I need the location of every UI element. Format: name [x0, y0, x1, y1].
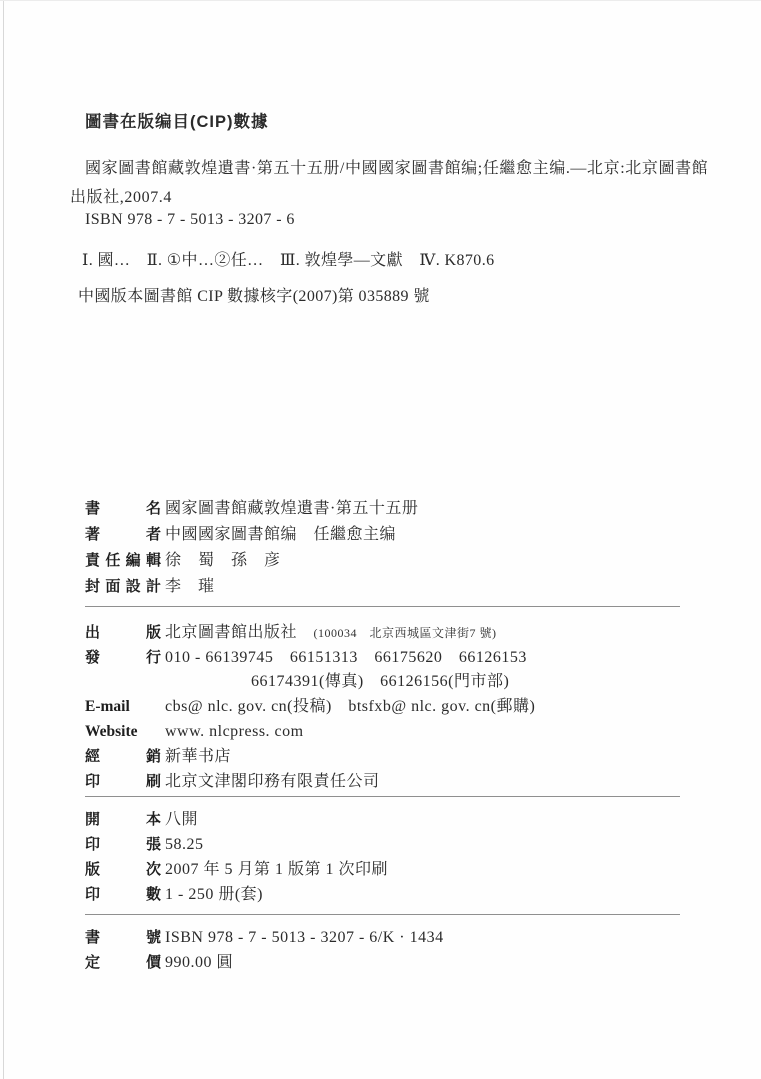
row-value: 1 - 250 册(套): [165, 882, 263, 907]
row-value: 58.25: [165, 832, 204, 857]
row-label: 書名: [85, 496, 161, 522]
row-value: ISBN 978 - 7 - 5013 - 3207 - 6/K · 1434: [165, 925, 444, 950]
row-label: 定價: [85, 950, 161, 975]
row-value: 李 璀: [165, 574, 215, 600]
row-label: 責任編輯: [85, 548, 161, 574]
row-value: 2007 年 5 月第 1 版第 1 次印刷: [165, 857, 388, 882]
cip-header: 圖書在版编目(CIP)數據: [85, 108, 269, 132]
row-label: 書號: [85, 925, 161, 950]
row-label: Website: [85, 719, 161, 744]
email-value: cbs@ nlc. gov. cn(投稿) btsfxb@ nlc. gov. …: [165, 694, 535, 719]
cip-entry-line1: 國家圖書館藏敦煌遺書·第五十五册/中國國家圖書館编;任繼愈主编.—北京:北京圖書…: [85, 155, 708, 178]
row-label: 印刷: [85, 769, 161, 794]
isbn-line: ISBN 978 - 7 - 5013 - 3207 - 6: [85, 211, 295, 229]
distribution-phones-1: 010 - 66139745 66151313 66175620 6612615…: [165, 645, 527, 670]
row-value: 徐 蜀 孫 彦: [165, 548, 281, 574]
scanned-colophon-page: 圖書在版编目(CIP)數據 國家圖書館藏敦煌遺書·第五十五册/中國國家圖書館编;…: [0, 0, 761, 1079]
printer-row: 印刷 北京文津閣印務有限責任公司: [85, 769, 535, 794]
publisher-name-text: 北京圖書館出版社: [165, 624, 297, 641]
row-value: 八開: [165, 807, 198, 832]
printing-block: 開本 八開 印張 58.25 版次 2007 年 5 月第 1 版第 1 次印刷…: [85, 807, 388, 907]
website-value: www. nlcpress. com: [165, 719, 304, 744]
divider: [85, 914, 680, 915]
book-number-row: 書號 ISBN 978 - 7 - 5013 - 3207 - 6/K · 14…: [85, 925, 444, 950]
row-label: 開本: [85, 807, 161, 832]
edition-row: 版次 2007 年 5 月第 1 版第 1 次印刷: [85, 857, 388, 882]
row-label: 著者: [85, 522, 161, 548]
format-row: 開本 八開: [85, 807, 388, 832]
cover-design-row: 封面設計 李 璀: [85, 574, 418, 600]
publisher-address: (100034 北京西城區文津街7 號): [314, 626, 497, 640]
distributor-row: 經銷 新華书店: [85, 744, 535, 769]
divider: [85, 796, 680, 797]
editor-row: 責任編輯 徐 蜀 孫 彦: [85, 548, 418, 574]
row-value: 國家圖書館藏敦煌遺書·第五十五册: [165, 496, 418, 522]
row-label: 出版: [85, 620, 161, 645]
distributor-value: 新華书店: [165, 744, 231, 769]
print-run-row: 印數 1 - 250 册(套): [85, 882, 388, 907]
book-info-block: 書名 國家圖書館藏敦煌遺書·第五十五册 著者 中國國家圖書館编 任繼愈主编 責任…: [85, 496, 418, 600]
sheets-row: 印張 58.25: [85, 832, 388, 857]
distribution-phones-2: 66174391(傳真) 66126156(門市部): [251, 670, 535, 694]
row-label: 封面設計: [85, 574, 161, 600]
cip-entry-line2: 出版社,2007.4: [70, 184, 172, 207]
cip-record-line: 中國版本圖書館 CIP 數據核字(2007)第 035889 號: [78, 283, 430, 306]
author-row: 著者 中國國家圖書館编 任繼愈主编: [85, 522, 418, 548]
website-row: Website www. nlcpress. com: [85, 719, 535, 744]
row-label: 印張: [85, 832, 161, 857]
price-row: 定價 990.00 圓: [85, 950, 444, 975]
row-label: E-mail: [85, 694, 161, 719]
row-label: 經銷: [85, 744, 161, 769]
row-label: 發行: [85, 645, 161, 670]
printer-value: 北京文津閣印務有限責任公司: [165, 769, 380, 794]
row-value: 中國國家圖書館编 任繼愈主编: [165, 522, 396, 548]
pricing-block: 書號 ISBN 978 - 7 - 5013 - 3207 - 6/K · 14…: [85, 925, 444, 975]
row-label: 印數: [85, 882, 161, 907]
publisher-row: 出版 北京圖書館出版社 (100034 北京西城區文津街7 號): [85, 620, 535, 645]
email-row: E-mail cbs@ nlc. gov. cn(投稿) btsfxb@ nlc…: [85, 694, 535, 719]
publisher-name: 北京圖書館出版社 (100034 北京西城區文津街7 號): [165, 620, 497, 646]
scan-edge-artifact: [0, 0, 761, 1]
divider: [85, 606, 680, 607]
row-value: 990.00 圓: [165, 950, 233, 975]
scan-edge-artifact: [3, 0, 4, 1079]
publishing-block: 出版 北京圖書館出版社 (100034 北京西城區文津街7 號) 發行 010 …: [85, 620, 535, 794]
distribution-row: 發行 010 - 66139745 66151313 66175620 6612…: [85, 645, 535, 670]
row-label: 版次: [85, 857, 161, 882]
book-title-row: 書名 國家圖書館藏敦煌遺書·第五十五册: [85, 496, 418, 522]
classification-line: Ⅰ. 國… Ⅱ. ①中…②任… Ⅲ. 敦煌學—文獻 Ⅳ. K870.6: [82, 247, 495, 270]
